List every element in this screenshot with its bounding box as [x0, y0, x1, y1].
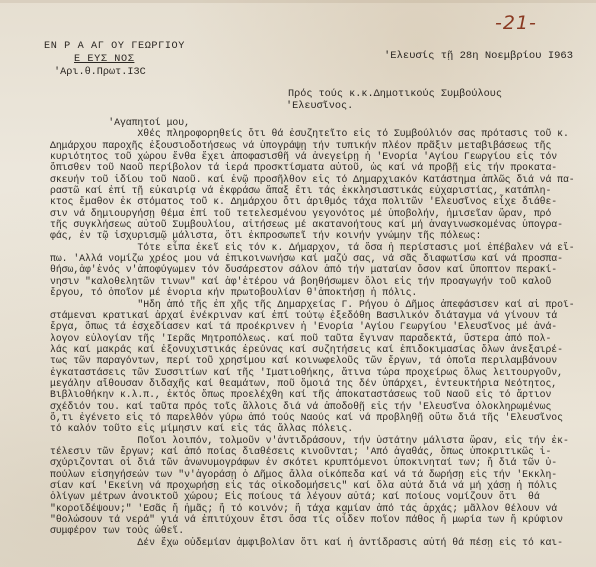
body-line: μεγάλην αἴθουσαν διδαχῆς καί θεαμάτων, π… — [50, 378, 590, 389]
body-line: λογον εὐλογίαν τῆς 'Ιερᾶς Μητροπόλεως. κ… — [50, 333, 590, 344]
paper-crease — [0, 0, 596, 3]
body-line: ἐγκαταστάσεις τῶν Συσσιτίων καί τῆς 'Ιμα… — [50, 367, 590, 378]
letterhead: ΕΝ Ρ Α ΑΓ ΟΥ ΓΕΩΡΓΙΟΥ Ε ΕΥΣ ΝΟΣ 'Αρι.θ.Π… — [44, 40, 185, 79]
body-line: θήσω,ἀφ'ἑνός ν'ἀποφύγωμεν τόν δυσάρεστον… — [50, 264, 590, 275]
letterhead-organization: ΕΝ Ρ Α ΑΓ ΟΥ ΓΕΩΡΓΙΟΥ — [44, 40, 185, 53]
body-line: τως τῶν παραγόντων, περί τοῦ χρησίμου κα… — [50, 355, 590, 366]
body-line: ἔργου, τό ὁποῖον μέ ἐνορια κήν πρωτοβουλ… — [50, 287, 590, 298]
handwritten-page-number: -21- — [495, 12, 537, 34]
letter-body: 'Αγαπητοί μου, Χθές πληροφορηθείς ὅτι θά… — [50, 117, 590, 548]
body-line: Βιβλιοθήκην κ.λ.π., ἐκτός ὅπως προελέχθη… — [50, 389, 590, 400]
body-line: τέλεσιν τῶν ἔργων; καί ἀπό ποίας διαθέσε… — [50, 446, 590, 457]
body-line: Δημάρχου παροχῆς ἐξουσιοδοτήσεως νά ὑπογ… — [50, 140, 590, 151]
body-line: σχύριζονται οἱ διά τῶν ἀνωνυμογράφων ἐν … — [50, 457, 590, 468]
body-line: σκευήν τοῦ ἰδίου τοῦ Ναοῦ. καί ἐνῷ προσῆ… — [50, 174, 590, 185]
body-line: "Ηδη ἀπό τῆς ἐπ χῆς τῆς Δημαρχείας Γ. Ρή… — [50, 299, 590, 310]
body-line: λάς καί μακράς καί ἐξονυχιστικάς ἐρεύνας… — [50, 344, 590, 355]
body-line: Ποῖοι λοιπόν, τολμοῦν ν'ἀντιδράσουν, τήν… — [50, 435, 590, 446]
body-line: τῆς συγκλήσεως αὐτοῦ Συμβουλίου, αἰτήσεω… — [50, 219, 590, 230]
body-line: σίαν καί 'Εκείνη νά προχωρήσῃ εἰς τάς οἰ… — [50, 480, 590, 491]
body-line: στάμεναι κρατικαί ἀρχαί ἐνέκριναν καί ἐπ… — [50, 310, 590, 321]
body-line: ραστῶ καί ἐπί τῇ εὐκαιρίᾳ νά ἐκφράσω ἅπα… — [50, 185, 590, 196]
body-line: ὄπισθεν τοῦ Ναοῦ περίβολον τά ἱερά προσκ… — [50, 162, 590, 173]
recipient-line-1: Πρός τούς κ.κ.Δημοτικούς Συμβούλους — [288, 89, 502, 101]
protocol-number: 'Αρι.θ.Πρωτ.Ι3C — [54, 66, 185, 79]
body-line: κτος ἔμαθον ἐκ στόματος τοῦ κ. Δημάρχου … — [50, 196, 590, 207]
body-line: πω. 'Αλλά νομίζω χρέος μου νά ἐπικοινωνή… — [50, 253, 590, 264]
body-line: Χθές πληροφορηθείς ὅτι θά ἐσυζητεῖτο εἰς… — [50, 128, 590, 139]
body-line: φάς, ἐν τῷ ἰσχυρισμῷ μάλιστα, ὅτι ἐκπροσ… — [50, 230, 590, 241]
body-line: ὅ,τι ἐγένετο εἰς τό παρελθόν γύρω ἀπό το… — [50, 412, 590, 423]
body-line: ἔργα, ὅπως τά ἐσχεδίασεν καί τά προέκριν… — [50, 321, 590, 332]
body-line: ὀλίγων μέτρων ἀνοικτοῦ χώρου; Εἰς ποίους… — [50, 491, 590, 502]
date-line: 'Ελευσίς τῇ 28η Νοεμβρίου Ι963 — [384, 50, 573, 62]
body-line: σχέδιόν του. καί ταῦτα πρός τοῖς ἄλλοις … — [50, 401, 590, 412]
recipient-line-2: 'Ελευσῖνος. — [286, 101, 502, 113]
body-line: συμφέρον των τούς ὠθεῖ. — [50, 525, 590, 536]
body-line: "θολώσουν τά νερά" γιά νά ἐπιτύχουν ἔτσι… — [50, 514, 590, 525]
letterhead-city: Ε ΕΥΣ ΝΟΣ — [74, 53, 185, 66]
body-line: "κοροϊδέψουν;" 'Εσᾶς ἤ ἡμᾶς; ἤ τό κοινόν… — [50, 503, 590, 514]
body-line: 'Αγαπητοί μου, — [50, 117, 590, 128]
body-line: Δέν ἔχω οὐδεμίαν ἀμφιβολίαν ὅτι καί ἡ ἀν… — [50, 537, 590, 548]
body-line: τό καλόν τοῦτο εἰς μίμησιν καί εἰς τάς ἄ… — [50, 423, 590, 434]
body-line: Τότε εἶπα ἐκεῖ εἰς τόν κ. Δήμαρχον, τά ὅ… — [50, 242, 590, 253]
body-line: σιν νά δημιουργήσῃ θέμα ἐπί τοῦ τετελεσμ… — [50, 208, 590, 219]
recipient-block: Πρός τούς κ.κ.Δημοτικούς Συμβούλους 'Ελε… — [288, 89, 502, 113]
body-line: κυριότητος τοῦ χώρου ἔνθα ἔχει ἀποφασισθ… — [50, 151, 590, 162]
body-line: πούλων εἰσηγήσεών των "ν'ἀγοράσῃ ὁ Δῆμος… — [50, 469, 590, 480]
body-line: νησιν "καλοθελητῶν τινων" καί ἀφ'ἑτέρου … — [50, 276, 590, 287]
